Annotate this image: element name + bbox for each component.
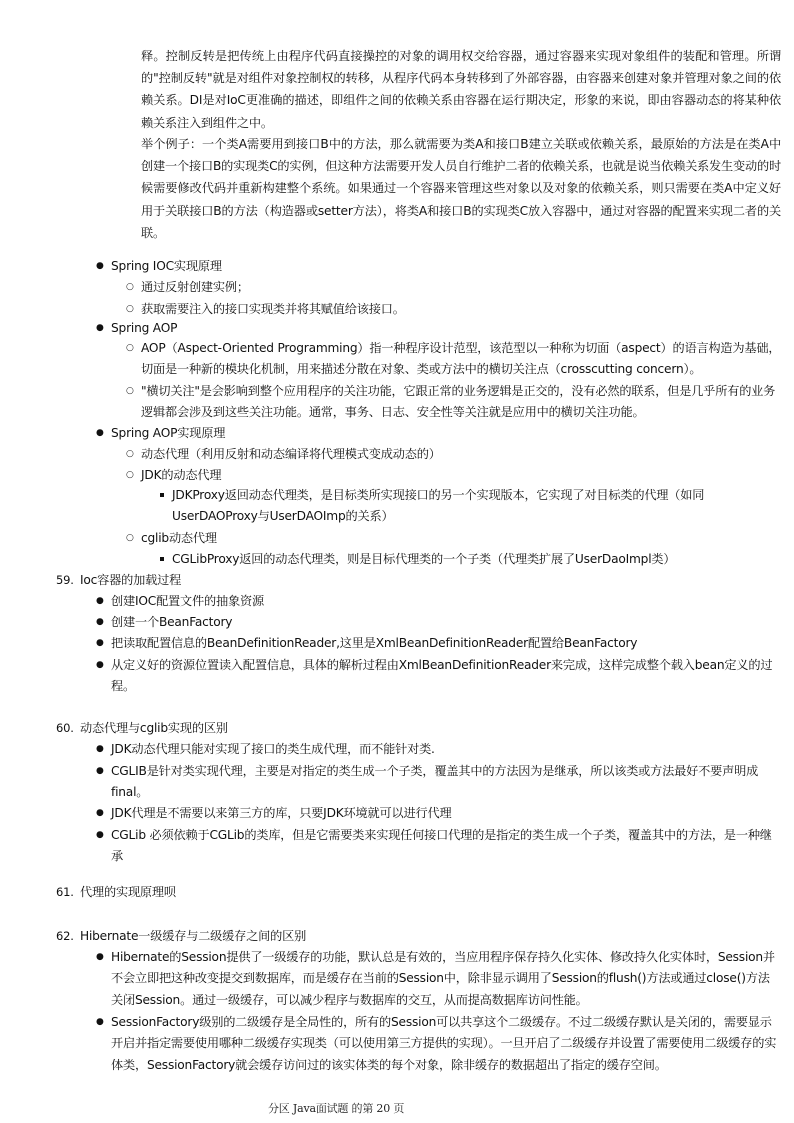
question-title: 动态代理与cglib实现的区别 — [80, 718, 228, 739]
circle-bullet-icon: ○ — [126, 277, 134, 298]
list-item: JDK动态代理只能对实现了接口的类生成代理，而不能针对类. — [111, 739, 435, 760]
bullet-icon: ● — [96, 318, 104, 339]
list-item: AOP（Aspect-Oriented Programming）指一种程序设计范… — [141, 338, 781, 381]
intro-paragraph-example: 举个例子：一个类A需要用到接口B中的方法，那么就需要为类A和接口B建立关联或依赖… — [141, 133, 781, 244]
list-subitem: CGLibProxy返回的动态代理类，则是目标代理类的一个子类（代理类扩展了Us… — [172, 549, 675, 570]
list-item: "横切关注"是会影响到整个应用程序的关注功能，它跟正常的业务逻辑是正交的，没有必… — [141, 381, 781, 424]
bullet-icon: ● — [96, 423, 104, 444]
list-item: 创建一个BeanFactory — [111, 612, 232, 633]
bullet-icon: ● — [96, 633, 104, 654]
list-item: 获取需要注入的接口实现类并将其赋值给该接口。 — [141, 299, 405, 320]
square-bullet-icon — [160, 493, 164, 497]
bullet-icon: ● — [96, 739, 104, 760]
question-title: Hibernate一级缓存与二级缓存之间的区别 — [80, 926, 306, 947]
list-item: 通过反射创建实例； — [141, 277, 249, 298]
circle-bullet-icon: ○ — [126, 465, 134, 486]
bullet-icon: ● — [96, 1012, 104, 1033]
bullet-icon: ● — [96, 256, 104, 277]
question-title: Ioc容器的加载过程 — [80, 570, 181, 591]
list-subitem: JDKProxy返回动态代理类，是目标类所实现接口的另一个实现版本，它实现了对目… — [172, 485, 732, 528]
bullet-icon: ● — [96, 655, 104, 676]
list-item: 从定义好的资源位置读入配置信息，具体的解析过程由XmlBeanDefinitio… — [111, 655, 781, 698]
question-number: 62. — [56, 926, 74, 947]
list-item: 动态代理（利用反射和动态编译将代理模式变成动态的） — [141, 444, 441, 465]
square-bullet-icon — [160, 557, 164, 561]
question-number: 59. — [56, 570, 74, 591]
list-item: JDK代理是不需要以来第三方的库，只要JDK环境就可以进行代理 — [111, 803, 451, 824]
list-item: SessionFactory级别的二级缓存是全局性的，所有的Session可以共… — [111, 1012, 781, 1076]
document-page: 释。控制反转是把传统上由程序代码直接操控的对象的调用权交给容器，通过容器来实现对… — [0, 0, 794, 1123]
bullet-icon: ● — [96, 612, 104, 633]
question-title: 代理的实现原理呗 — [80, 882, 176, 903]
circle-bullet-icon: ○ — [126, 444, 134, 465]
circle-bullet-icon: ○ — [126, 381, 134, 402]
bullet-icon: ● — [96, 803, 104, 824]
list-item: CGLib 必须依赖于CGLib的类库，但是它需要类来实现任何接口代理的是指定的… — [111, 825, 781, 868]
bullet-icon: ● — [96, 761, 104, 782]
list-item: Hibernate的Session提供了一级缓存的功能，默认总是有效的，当应用程… — [111, 947, 781, 1011]
section-title-spring-ioc: Spring IOC实现原理 — [111, 256, 222, 277]
circle-bullet-icon: ○ — [126, 338, 134, 359]
circle-bullet-icon: ○ — [126, 528, 134, 549]
list-item: CGLIB是针对类实现代理，主要是对指定的类生成一个子类，覆盖其中的方法因为是继… — [111, 761, 781, 804]
list-item: cglib动态代理 — [141, 528, 217, 549]
list-item: 把读取配置信息的BeanDefinitionReader,这里是XmlBeanD… — [111, 633, 637, 654]
intro-paragraph-ioc: 释。控制反转是把传统上由程序代码直接操控的对象的调用权交给容器，通过容器来实现对… — [141, 45, 781, 134]
page-footer: 分区 Java面试题 的第 20 页 — [268, 1100, 404, 1116]
section-title-spring-aop: Spring AOP — [111, 318, 177, 339]
list-item: 创建IOC配置文件的抽象资源 — [111, 591, 264, 612]
list-item: JDK的动态代理 — [141, 465, 221, 486]
bullet-icon: ● — [96, 591, 104, 612]
section-title-spring-aop-impl: Spring AOP实现原理 — [111, 423, 225, 444]
circle-bullet-icon: ○ — [126, 299, 134, 320]
bullet-icon: ● — [96, 947, 104, 968]
bullet-icon: ● — [96, 825, 104, 846]
question-number: 61. — [56, 882, 74, 903]
question-number: 60. — [56, 718, 74, 739]
